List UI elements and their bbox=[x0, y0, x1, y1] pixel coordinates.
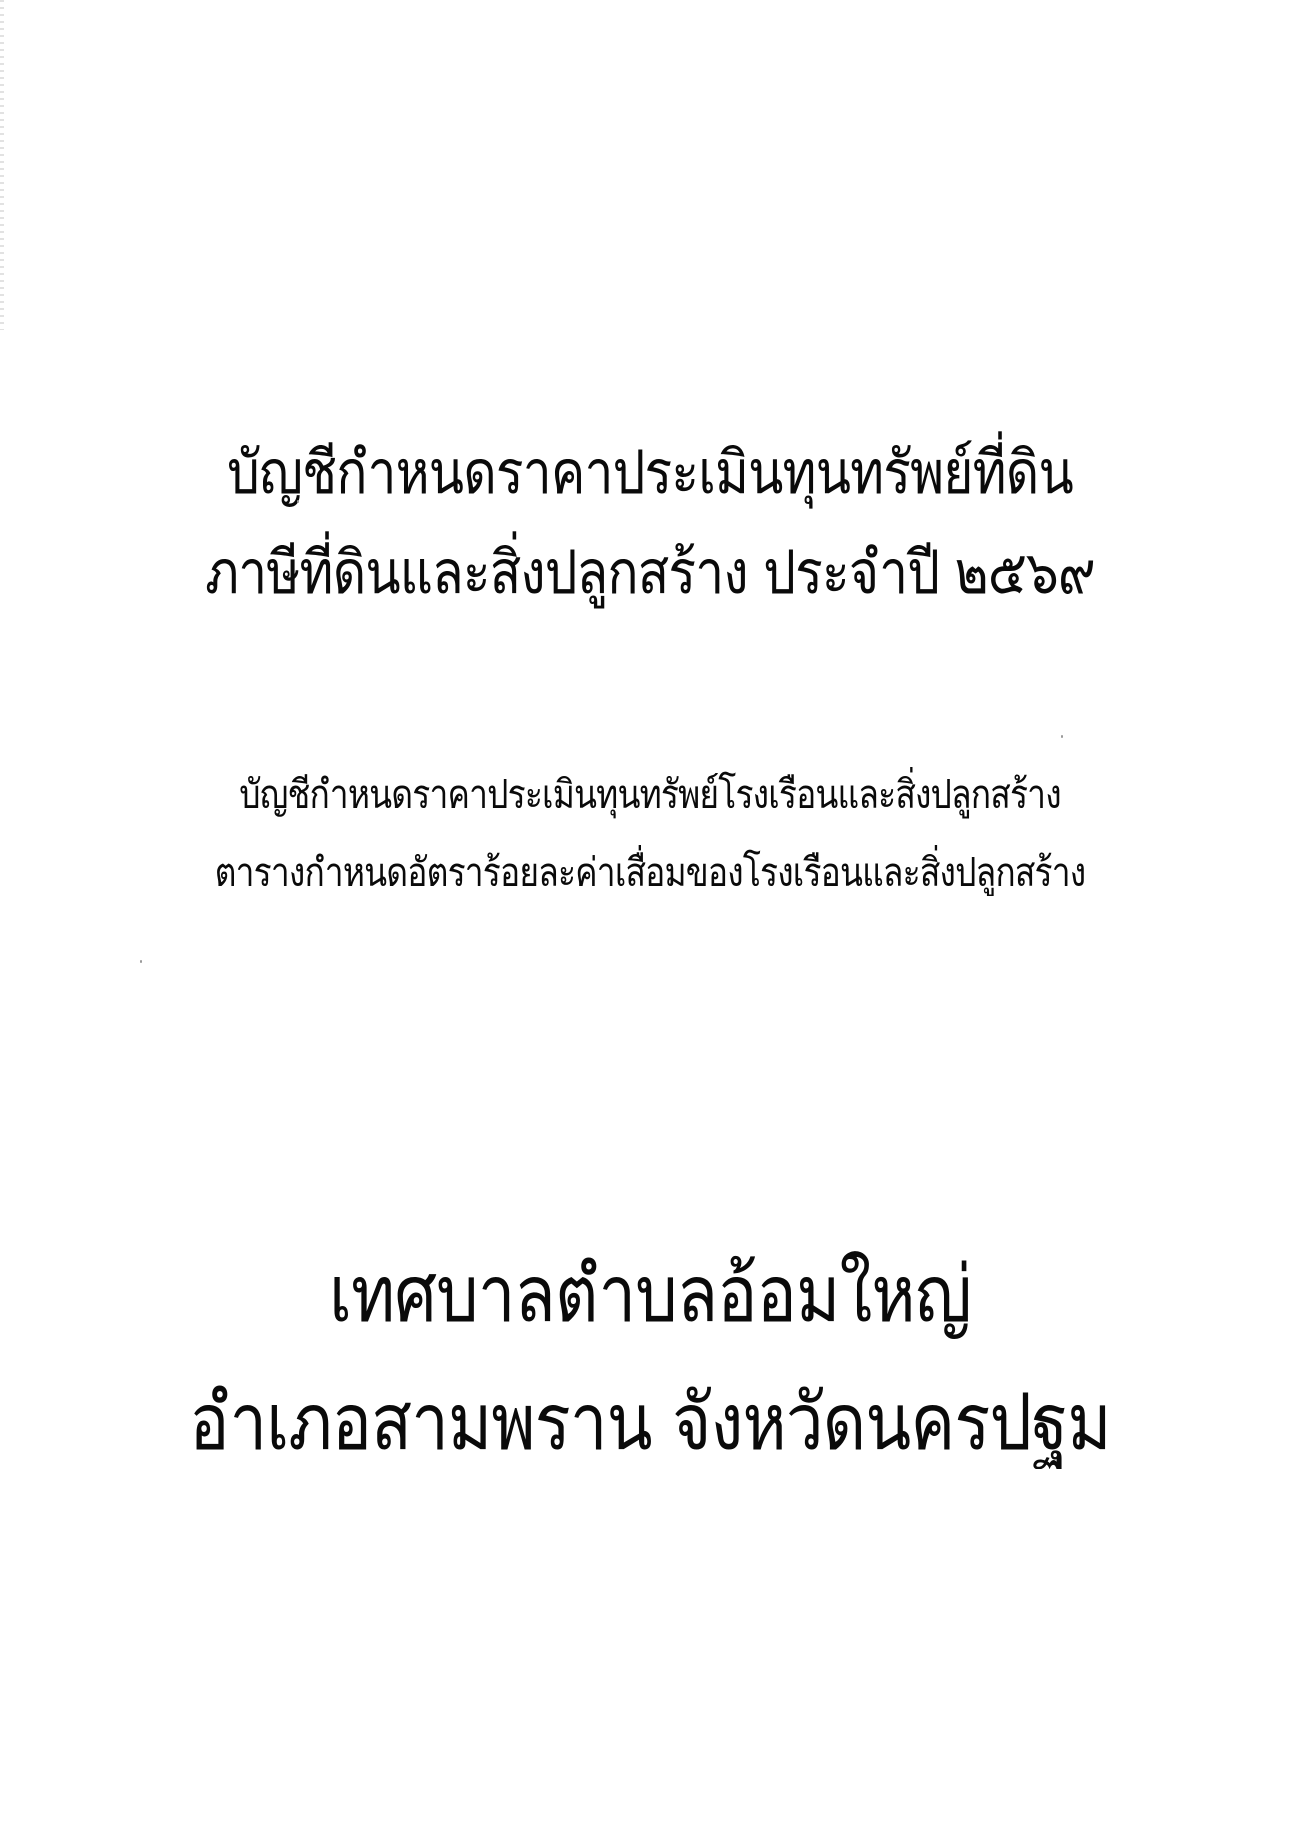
title-line-1: บัญชีกำหนดราคาประเมินทุนทรัพย์ที่ดิน bbox=[91, 425, 1209, 520]
organization-name: เทศบาลตำบลอ้อมใหญ่ bbox=[91, 1232, 1209, 1356]
title-line-2: ภาษีที่ดินและสิ่งปลูกสร้าง ประจำปี ๒๕๖๙ bbox=[91, 525, 1209, 620]
scan-speck bbox=[297, 500, 299, 503]
organization-location: อำเภอสามพราน จังหวัดนครปฐม bbox=[91, 1360, 1209, 1484]
scan-speck bbox=[140, 960, 142, 963]
subtitle-line-1: บัญชีกำหนดราคาประเมินทุนทรัพย์โรงเรือนแล… bbox=[104, 762, 1196, 826]
subtitle-line-2: ตารางกำหนดอัตราร้อยละค่าเสื่อมของโรงเรือ… bbox=[104, 840, 1196, 904]
scan-speck bbox=[1061, 735, 1063, 738]
scan-edge-artifact bbox=[0, 0, 4, 330]
document-page: บัญชีกำหนดราคาประเมินทุนทรัพย์ที่ดิน ภาษ… bbox=[0, 0, 1300, 1836]
